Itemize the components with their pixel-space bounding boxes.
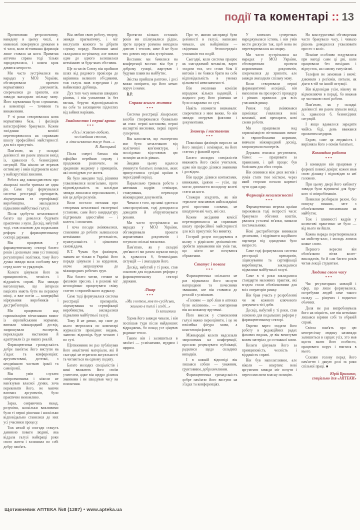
article-paragraph: Фармацевтична спільнота не раз відзначал… xyxy=(182,274,237,298)
section-title-bold: та коментарі xyxy=(254,10,329,23)
article-paragraph: Нові дистриб'ютори виникали десятками, і… xyxy=(242,229,297,248)
article-paragraph: Тому й не дивно, що саме до нього зверта… xyxy=(63,319,118,343)
epigraph-quote: «Ось і живемо-любимо,за сімейним столом,… xyxy=(63,130,118,144)
article-paragraph: Таким він і залишиться в пам'яті — усміх… xyxy=(123,336,178,350)
article-paragraph: Фармацевтична громадськість добре пам'ят… xyxy=(4,343,59,371)
top-rule xyxy=(4,2,356,3)
section-heading: Справа всього життя xyxy=(123,101,178,106)
article-paragraph: Пам'ятаю, як у складні дев'яності ми раз… xyxy=(4,149,59,177)
article-paragraph: Він любив свою роботу, творчу, завжди пр… xyxy=(63,33,118,66)
article-paragraph: Дух того часу вимагав швидких рішень, і … xyxy=(63,91,118,115)
article-paragraph: Кожна нарада перетворювалася на майстер-… xyxy=(301,232,356,246)
article-paragraph: Досвід, набутий у ті роки, став основою … xyxy=(242,309,297,323)
stars-separator: *** xyxy=(301,275,356,280)
article-paragraph: Щотижневик не раз публікував його аналіт… xyxy=(63,344,118,363)
article-paragraph: Він очолював комісію впродовж кількох ка… xyxy=(182,87,237,106)
article-paragraph: З командою він працював у форматі повної… xyxy=(301,163,356,182)
article-paragraph: Окремо варто згадати його роботу в редак… xyxy=(242,324,297,343)
article-paragraph: Чимало з того, що нині здається самозроз… xyxy=(123,201,178,220)
article-paragraph: Він працював у фармацевтичному секторі б… xyxy=(4,241,59,269)
article-paragraph: Телефон не замовкав і вночі: дзвонили з … xyxy=(301,73,356,87)
article-paragraph: Помилки розбирали разом, без пошуку винн… xyxy=(301,198,356,217)
article-paragraph: Ми працювали над гармонізацією вітчизнян… xyxy=(4,309,59,342)
article-paragraph: Покоління фахівців виросло на його лекці… xyxy=(182,141,237,155)
section-header: подіїта коментарі::13 xyxy=(224,10,354,24)
article-paragraph: Прочитавши ретроспективу, наведену в цьо… xyxy=(4,33,59,71)
page-content: подіїта коментарі::13 Прочитавши ретросп… xyxy=(0,0,360,530)
byline-line: спеціально для «АПТЕКИ» xyxy=(301,377,356,382)
article-paragraph: Першого вересня він обов'язково вітав ко… xyxy=(301,248,356,267)
article-paragraph: Фармацевтична громадськість добре пам'ят… xyxy=(182,373,237,387)
section-heading: Лікар xyxy=(123,288,178,293)
article-paragraph: Схиляю голову перед його пам'яттю і дяку… xyxy=(301,355,356,369)
article-paragraph: Ще за часів Союзу він пройшов шлях від р… xyxy=(63,67,118,91)
article-paragraph: Тож і плинності кадрів у колективі практ… xyxy=(301,217,356,231)
article-paragraph: Саме тоді формувалася система реєстрації… xyxy=(242,249,297,273)
article-paragraph: Пам'ятаю, як у складні дев'яності ми раз… xyxy=(301,103,356,122)
article-paragraph: Ринок тоді змінювався щомісяця: з'являли… xyxy=(242,107,297,126)
stars-separator: *** xyxy=(182,134,237,139)
text-column-5: У запеклих суперечках народжувалася істи… xyxy=(242,33,297,497)
article-paragraph: Він наполягав, що експертиза має бути не… xyxy=(123,137,178,161)
article-paragraph: Час регуляторних новацій і сфер, що лише… xyxy=(301,282,356,306)
article-paragraph: Колеги цінували його за принциповість, ч… xyxy=(242,344,297,358)
article-paragraph: У запеклих суперечках народжувалася істи… xyxy=(242,33,297,52)
article-paragraph: У ті роки створювалася нова нормативна б… xyxy=(4,115,59,148)
article-paragraph: Ми часто зустрічалися на нарадах у МОЗ У… xyxy=(4,72,59,114)
article-paragraph: Світла пам'ять про цю непересічну людину… xyxy=(301,326,356,354)
stars-separator: *** xyxy=(242,198,297,203)
article-paragraph: Протягом кількох останніх років ми спілк… xyxy=(123,33,178,57)
article-paragraph: «Головне — щоб ліки в аптеках були якісн… xyxy=(182,299,237,313)
columns-container: Прочитавши ретроспективу, наведену в цьо… xyxy=(4,33,357,497)
article-paragraph: Коли створювали перші фармацевтичні асоц… xyxy=(242,82,297,106)
article-paragraph: Ми часто зустрічалися на нарадах у МОЗ У… xyxy=(123,221,178,245)
section-colon-separator: :: xyxy=(332,10,340,23)
article-paragraph: Стажери згадують, як він терпляче поясню… xyxy=(182,196,237,215)
footer-imprint: Щотижневик АПТЕКА №8 (1287) • www.apteka… xyxy=(5,507,123,513)
article-paragraph: На конструктивні обговорення часто браку… xyxy=(301,33,356,52)
section-heading: Командна робота xyxy=(301,151,356,156)
article-paragraph: Востаннє ми бачилися на конференції восе… xyxy=(123,58,178,77)
article-paragraph: Робота над законодавством про лікарські … xyxy=(4,178,59,211)
article-paragraph: Саме в ті роки закладалися стандарти нал… xyxy=(242,274,297,293)
article-paragraph: Пізніше особливо згадувалися при нагоді … xyxy=(301,53,356,72)
article-paragraph: Після смерті батька він офіційно перейня… xyxy=(63,152,118,176)
author-byline: Юрій Кривомаз,спеціально для «АПТЕКИ» xyxy=(301,372,356,381)
article-paragraph: Держава вчилася регулювати, бізнес — пра… xyxy=(242,151,297,170)
article-paragraph: Пам'ятаю, як у складні дев'яності ми раз… xyxy=(123,246,178,265)
stars-separator: *** xyxy=(63,124,118,129)
article-paragraph: Гострий розум поєднувався в ньому з рідк… xyxy=(182,235,237,259)
article-paragraph: Доля не раз випробовувала його на міцніс… xyxy=(301,306,356,325)
article-paragraph: Завдяки цьому вдалося уникнути багатьох … xyxy=(123,162,178,181)
epigraph-line: а літа неквапно тасує доля...» xyxy=(63,140,118,145)
article-paragraph: Сьогодні, коли система працює як злагодж… xyxy=(182,58,237,86)
article-paragraph: Тож нехай ці спогади стануть даниною пов… xyxy=(4,426,59,450)
epigraph-line: живемо в теплі і згоді...» xyxy=(123,304,178,309)
article-paragraph: Навіть опоненти визнавали: сперечатися з… xyxy=(182,107,237,126)
article-paragraph: В.Т. Чумак був фахівцем, знаним не тільк… xyxy=(63,250,118,274)
article-paragraph: Ми часто зустрічалися на нарадах у МОЗ У… xyxy=(242,53,297,81)
article-paragraph: Він брав участь у розробленні чи не кожн… xyxy=(242,294,297,308)
article-paragraph: Досвід, набутий у ті роки, став основою … xyxy=(123,265,178,284)
article-paragraph: Як було заведено тоді, рішення ухвалювал… xyxy=(63,177,118,201)
epigraph-attribution: Із записника xyxy=(123,309,176,314)
section-heading: Людина свого часу xyxy=(301,270,356,275)
section-heading: Статус і повага xyxy=(182,262,237,267)
text-column-1: Прочитавши ретроспективу, наведену в цьо… xyxy=(4,33,59,497)
text-column-3: Протягом кількох останніх років ми спілк… xyxy=(123,33,178,497)
text-column-4: Про те, якими насправді були дев'яності … xyxy=(182,33,237,497)
article-paragraph: Він відповідав усім, нікому не відмовляю… xyxy=(301,88,356,102)
article-paragraph: Ми працювали над гармонізацією вітчизнян… xyxy=(242,126,297,150)
article-paragraph: Про те, якими насправді були дев'яності … xyxy=(182,33,237,57)
epigraph-quote: «Ми з котом, мов по-сусідськи,живемо в т… xyxy=(123,300,178,309)
article-paragraph: Фармацевтична мережа країни переживала т… xyxy=(242,205,297,229)
article-paragraph: Його внесок у становлення галузі важко п… xyxy=(182,314,237,333)
article-paragraph: Система реєстрації лікарських засобів ст… xyxy=(123,113,178,137)
article-paragraph: Після здобуття незалежності багато що до… xyxy=(4,212,59,240)
article-paragraph: Багато молодих спеціалістів і нині вважа… xyxy=(63,363,118,387)
article-paragraph: Удома його завжди чекали, і він поспішав… xyxy=(123,317,178,336)
article-paragraph: Паралельно тривала робота з навчання кад… xyxy=(123,181,178,200)
stars-separator: *** xyxy=(301,156,356,161)
epigraph-attribution: В. Висоцький xyxy=(63,145,116,150)
article-paragraph: Він умів слухати співрозмовника і ніколи… xyxy=(4,372,59,400)
section-heading: Знавець і наставник xyxy=(182,129,237,134)
stars-separator: *** xyxy=(123,106,178,111)
author-initials: В.Р. xyxy=(123,92,178,97)
article-paragraph: Зараз, озираючись назад, розумієш, наскі… xyxy=(4,401,59,425)
article-paragraph: Він багато читав, стежив за фаховою прес… xyxy=(63,275,118,294)
article-paragraph: Багато молодих спеціалістів вважають йог… xyxy=(182,156,237,175)
article-paragraph: Коли постало питання про створення незал… xyxy=(63,201,118,225)
article-paragraph: Колеги цінували його за принциповість, ч… xyxy=(4,270,59,308)
text-column-2: Він любив свою роботу, творчу, завжди пр… xyxy=(63,33,118,497)
article-paragraph: Він щедро ділився контактами, книжками, … xyxy=(182,176,237,195)
article-paragraph: І хоча посади змінювалися, ставлення до … xyxy=(63,226,118,250)
article-paragraph: І якщо вдавалося зарадити чиїйсь біді, д… xyxy=(301,123,356,137)
stars-separator: *** xyxy=(123,293,178,298)
article-paragraph: Кожне засідання комісії перетворювалося … xyxy=(182,215,237,234)
section-heading: Знайомство і перші кроки xyxy=(63,118,118,123)
article-paragraph: Саме тоді формувалася система реєстрації… xyxy=(63,295,118,319)
stars-separator: *** xyxy=(182,267,237,272)
article-paragraph: І в кожній відповіді він лишався собою —… xyxy=(182,358,237,372)
text-column-6: На конструктивні обговорення часто браку… xyxy=(301,33,356,497)
article-paragraph: Він опинився між двох вогнів і зумів ста… xyxy=(242,171,297,190)
article-paragraph: Гадаю, саме ця людяність і вирізняла йог… xyxy=(301,138,356,147)
article-paragraph: Він був наполегливим, але ніколи — вперт… xyxy=(242,359,297,378)
section-title-light: події xyxy=(224,11,250,24)
article-paragraph: При цьому двері його кабінету завжди бул… xyxy=(301,182,356,196)
article-paragraph: Міжнародні колеги надсилали запрошення н… xyxy=(182,333,237,357)
section-heading: Фармація незалежності xyxy=(242,193,297,198)
article-paragraph: Звістка прийшла раптово, і досі важко по… xyxy=(123,77,178,91)
newspaper-page: подіїта коментарі::13 Прочитавши ретросп… xyxy=(0,0,360,530)
page-number: 13 xyxy=(342,11,354,24)
